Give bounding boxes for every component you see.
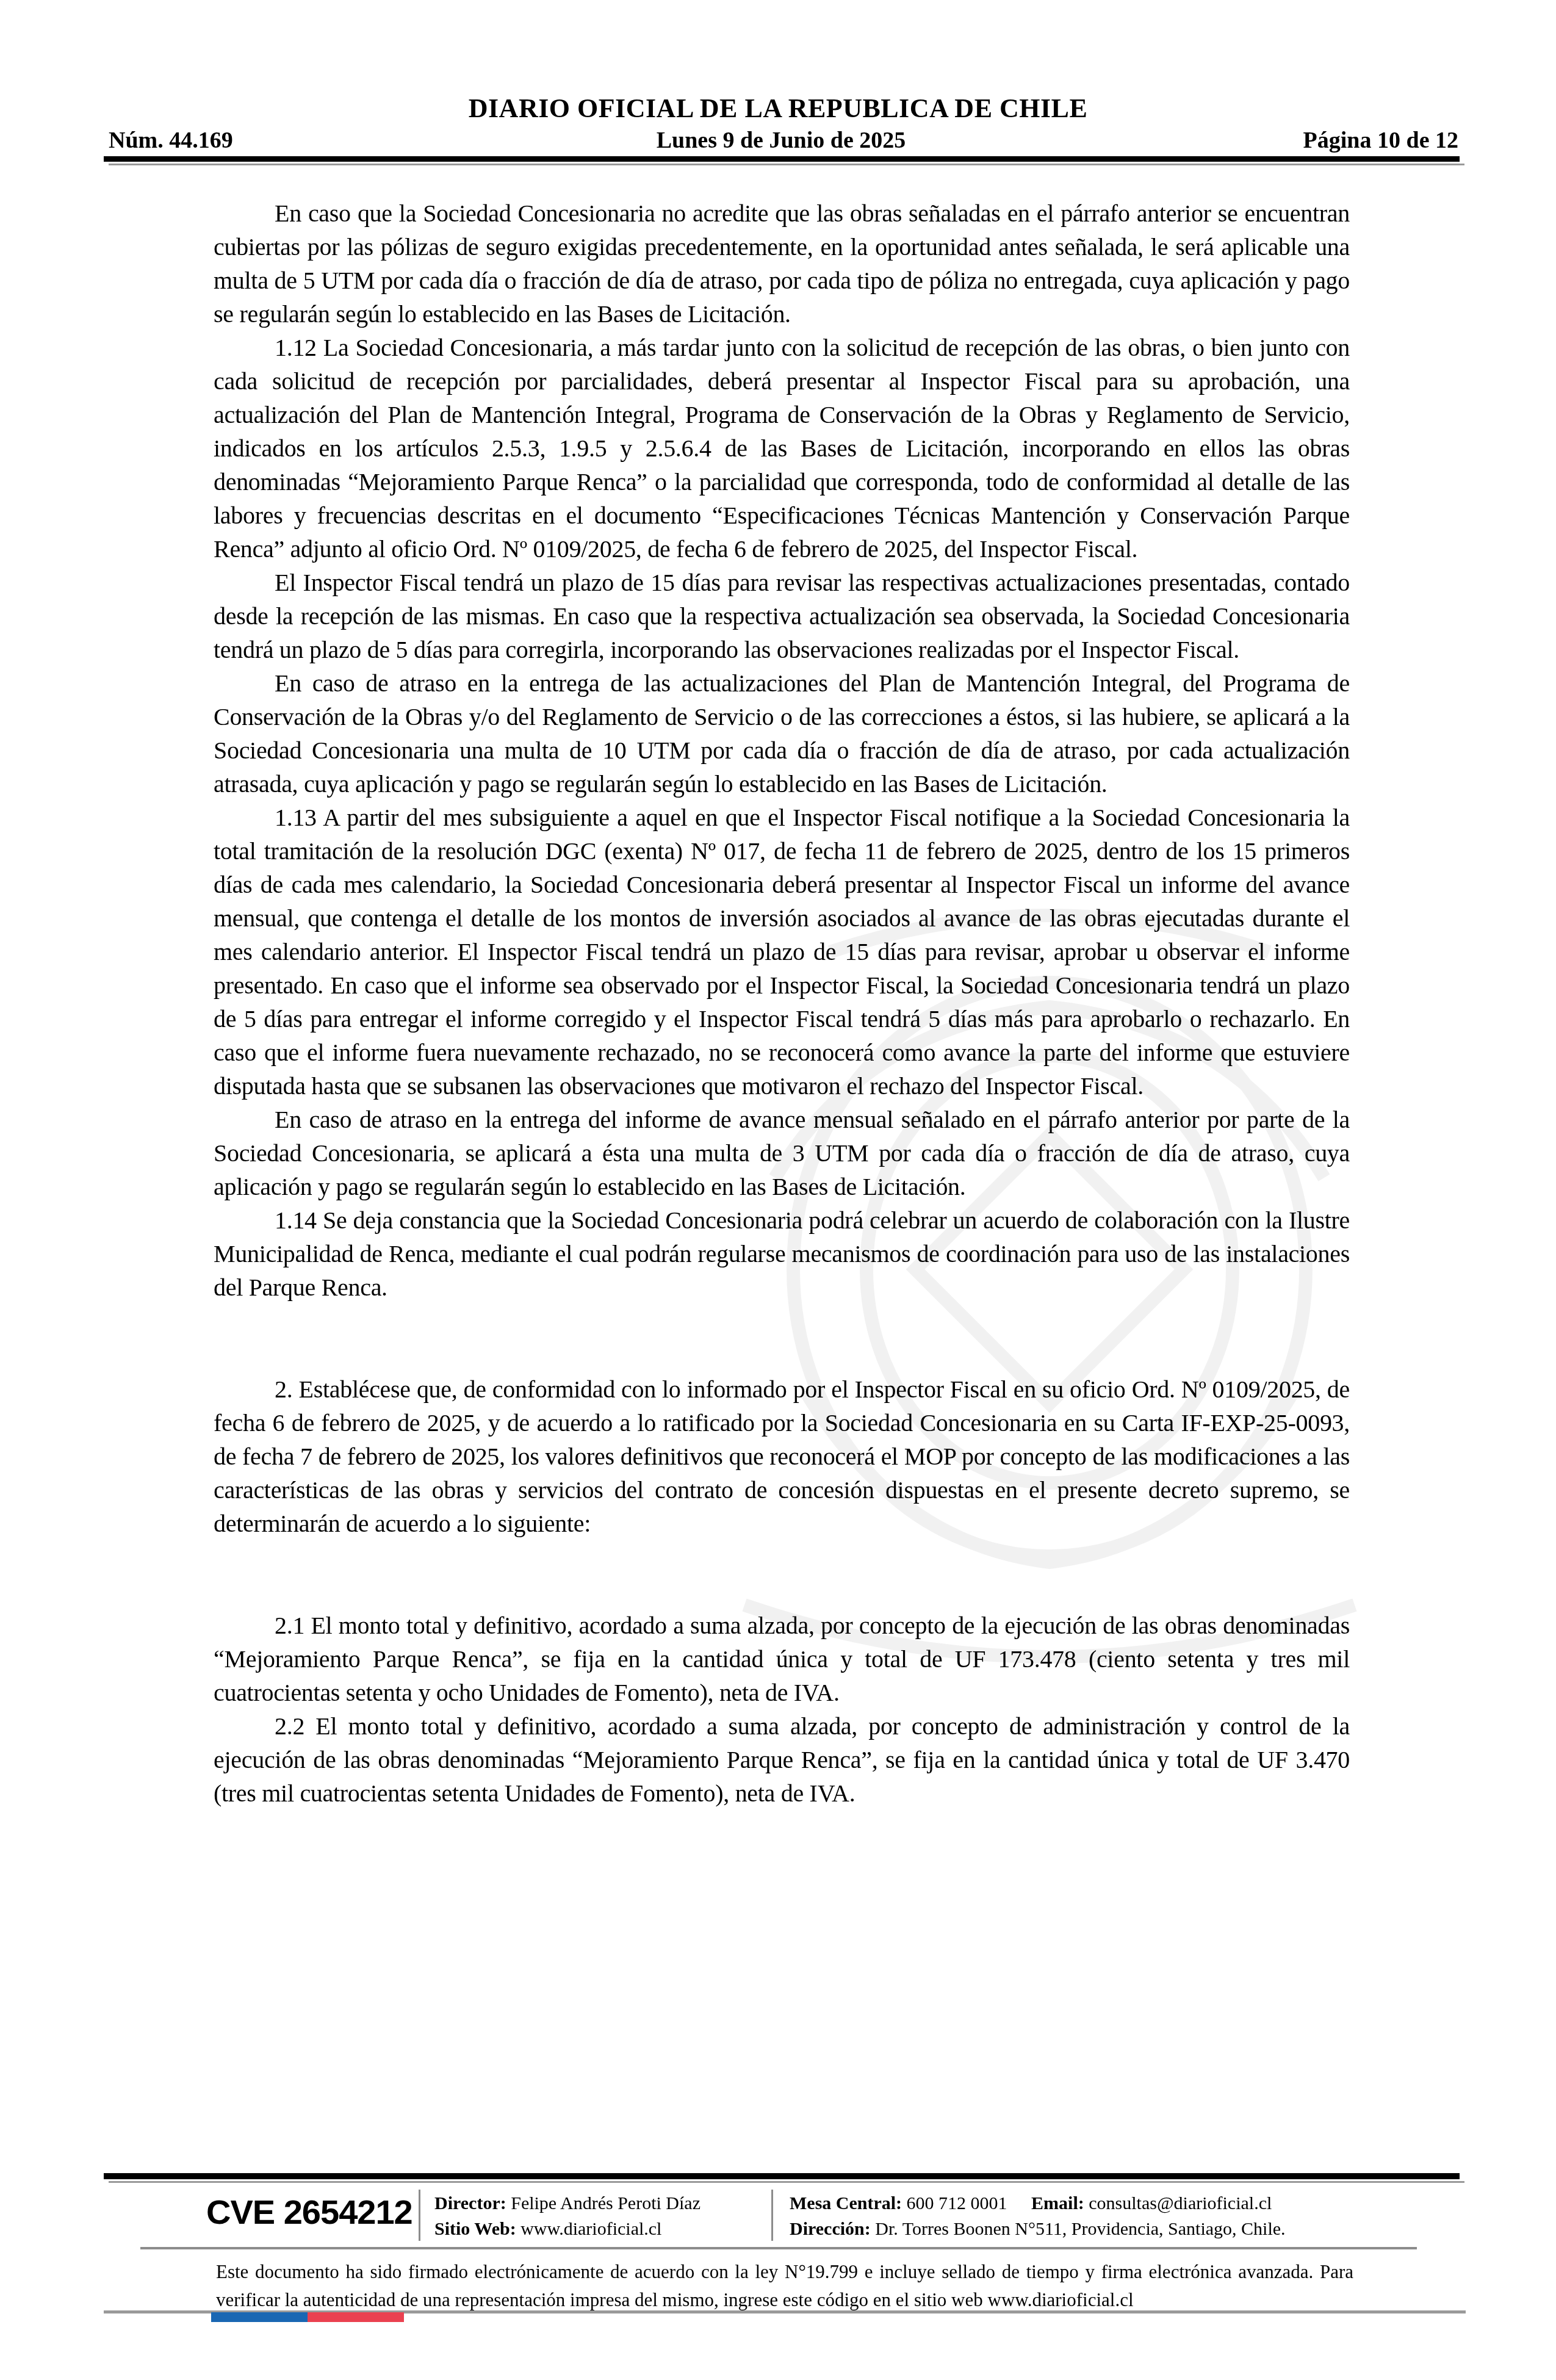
sitio-web-link[interactable]: www.diarioficial.cl	[520, 2219, 661, 2239]
document-page: DIARIO OFICIAL DE LA REPUBLICA DE CHILE …	[0, 0, 1556, 2380]
email-link[interactable]: consultas@diarioficial.cl	[1089, 2193, 1272, 2213]
header-divider-shadow	[109, 164, 1464, 165]
mesa-central-phone: 600 712 0001	[907, 2193, 1007, 2213]
body-paragraph: En caso que la Sociedad Concesionaria no…	[214, 197, 1350, 331]
body-paragraph: 2.2 El monto total y definitivo, acordad…	[214, 1709, 1350, 1810]
footer-divider	[104, 2173, 1460, 2179]
issue-date: Lunes 9 de Junio de 2025	[104, 127, 1458, 154]
body-paragraph: 2.1 El monto total y definitivo, acordad…	[214, 1609, 1350, 1709]
footer-vertical-divider	[771, 2190, 773, 2241]
legal-notice: Este documento ha sido firmado electróni…	[216, 2258, 1353, 2314]
body-paragraph: 1.14 Se deja constancia que la Sociedad …	[214, 1203, 1350, 1304]
director-label: Director:	[434, 2193, 506, 2213]
footer-divider-shadow	[109, 2181, 1464, 2183]
header-meta-row: Núm. 44.169 Lunes 9 de Junio de 2025 Pág…	[104, 127, 1458, 155]
body-paragraph: 2. Establécese que, de conformidad con l…	[214, 1372, 1350, 1540]
flag-red-bar	[308, 2312, 404, 2322]
header-divider	[104, 156, 1460, 162]
sitio-web-label: Sitio Web:	[434, 2219, 516, 2239]
director-name: Felipe Andrés Peroti Díaz	[511, 2193, 701, 2213]
direccion-label: Dirección:	[790, 2219, 871, 2239]
footer-contact-block: Mesa Central: 600 712 0001 Email: consul…	[790, 2191, 1286, 2242]
email-label: Email:	[1031, 2193, 1084, 2213]
body-paragraph: 1.12 La Sociedad Concesionaria, a más ta…	[214, 331, 1350, 566]
body-paragraph: En caso de atraso en la entrega del info…	[214, 1103, 1350, 1203]
page-indicator: Página 10 de 12	[1303, 127, 1458, 154]
footer-thin-divider	[140, 2247, 1417, 2249]
page-title: DIARIO OFICIAL DE LA REPUBLICA DE CHILE	[0, 93, 1556, 124]
body-paragraph: 1.13 A partir del mes subsiguiente a aqu…	[214, 801, 1350, 1103]
body-paragraph: En caso de atraso en la entrega de las a…	[214, 666, 1350, 801]
paragraphs: En caso que la Sociedad Concesionaria no…	[214, 197, 1350, 1810]
chile-flag-mark	[211, 2312, 404, 2322]
footer-director-block: Director: Felipe Andrés Peroti Díaz Siti…	[434, 2191, 701, 2242]
mesa-central-label: Mesa Central:	[790, 2193, 902, 2213]
cve-code: CVE 2654212	[206, 2192, 412, 2232]
footer-vertical-divider	[419, 2190, 420, 2241]
document-body: En caso que la Sociedad Concesionaria no…	[214, 197, 1350, 1810]
body-paragraph: El Inspector Fiscal tendrá un plazo de 1…	[214, 566, 1350, 666]
direccion-value: Dr. Torres Boonen N°511, Providencia, Sa…	[875, 2219, 1285, 2239]
flag-blue-bar	[211, 2312, 308, 2322]
